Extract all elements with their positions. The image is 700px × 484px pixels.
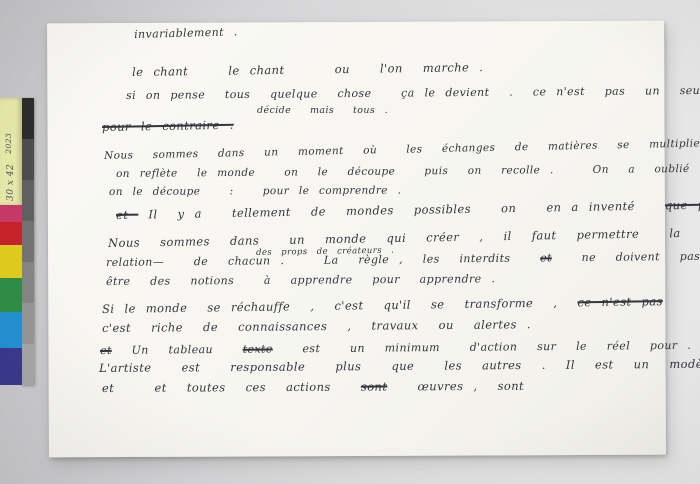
- manuscript-line: relation— de chacun . La règle , les int…: [106, 251, 700, 268]
- grayscale-wedge: [21, 98, 34, 385]
- handwritten-text: et et toutes ces actions: [102, 380, 361, 395]
- struck-out-text: et: [116, 208, 139, 222]
- manuscript-line: c'est riche de connaissances , travaux o…: [102, 319, 531, 334]
- handwritten-text: être des notions à apprendre pour appren…: [106, 272, 495, 288]
- manuscript-line: si on pense tous quelque chose ça le dev…: [126, 85, 700, 101]
- handwritten-text: L'artiste est responsable plus que les a…: [99, 357, 700, 375]
- handwritten-text: décide mais tous .: [257, 105, 388, 116]
- handwritten-text: Un tableau: [112, 343, 243, 357]
- color-patch-yellow: [0, 245, 22, 278]
- handwritten-text: Nous sommes dans un monde qui créer , il…: [108, 226, 681, 250]
- manuscript-line: Nous sommes dans un moment où les échang…: [104, 138, 700, 161]
- struck-out-text: texte: [243, 342, 273, 355]
- color-patch-magenta: [0, 205, 22, 222]
- color-patch-red: [0, 222, 22, 245]
- color-patch-violet: [0, 348, 22, 385]
- manuscript-line: et Un tableau texte est un minimum d'act…: [100, 340, 691, 356]
- photo-of-manuscript: invariablement .le chant le chant ou l'o…: [0, 0, 700, 484]
- manuscript-line: être des notions à apprendre pour appren…: [106, 273, 495, 287]
- handwritten-text: Il y a tellement de mondes possibles on …: [138, 198, 665, 221]
- manuscript-line: et et toutes ces actions sont œuvres , s…: [102, 381, 524, 395]
- note-year-label: 2023: [4, 133, 13, 154]
- color-patches: 30 x 422023: [0, 98, 22, 385]
- gray-step-2: [21, 180, 34, 221]
- handwritten-text: Si le monde se réchauffe , c'est qu'il s…: [102, 295, 578, 316]
- sticky-note-label: 30 x 422023: [4, 97, 16, 201]
- handwritten-text: invariablement .: [134, 25, 238, 41]
- manuscript-line: L'artiste est responsable plus que les a…: [99, 359, 700, 375]
- manuscript-line: on le découpe : pour le comprendre .: [109, 185, 401, 197]
- manuscript-line: Nous sommes dans un monde qui créer , il…: [108, 228, 681, 249]
- manuscript: invariablement .le chant le chant ou l'o…: [0, 0, 700, 484]
- struck-out-text: pour le contraire .: [102, 118, 234, 134]
- gray-step-5: [21, 303, 34, 344]
- struck-out-text: que peu: [665, 197, 700, 212]
- manuscript-line: et Il y a tellement de mondes possibles …: [116, 199, 700, 221]
- handwritten-text: est un minimum d'action sur le réel pour…: [273, 339, 692, 356]
- manuscript-line: invariablement .: [134, 26, 238, 40]
- gray-step-3: [21, 221, 34, 262]
- color-patch-blue: [0, 312, 22, 348]
- sticky-note: 30 x 422023: [0, 98, 22, 205]
- handwritten-text: c'est riche de connaissances , travaux o…: [102, 317, 531, 335]
- handwritten-text: on reflète le monde on le découpe puis o…: [116, 162, 700, 180]
- struck-out-text: sont: [361, 380, 388, 394]
- handwritten-text: si on pense tous quelque chose ça le dev…: [126, 84, 700, 102]
- manuscript-line: pour le contraire .: [102, 120, 234, 134]
- color-calibration-strip: 30 x 422023: [0, 98, 34, 385]
- gray-step-4: [21, 262, 34, 303]
- struck-out-text: et: [100, 344, 112, 357]
- manuscript-line: on reflète le monde on le découpe puis o…: [116, 163, 700, 179]
- gray-step-0: [21, 98, 34, 139]
- color-patch-green: [0, 278, 22, 312]
- handwritten-text: on le découpe : pour le comprendre .: [109, 184, 401, 198]
- struck-out-text: ce n'est pas: [577, 294, 663, 309]
- handwritten-text: relation— de chacun . La règle , les int…: [106, 251, 540, 269]
- struck-out-text: et: [540, 251, 552, 264]
- note-size-label: 30 x 42: [6, 164, 16, 201]
- handwritten-text: œuvres , sont: [387, 379, 524, 394]
- handwritten-text: le chant le chant ou l'on marche .: [132, 60, 483, 79]
- manuscript-line: décide mais tous .: [257, 106, 388, 116]
- gray-step-6: [21, 344, 34, 385]
- manuscript-line: le chant le chant ou l'on marche .: [132, 62, 483, 78]
- handwritten-text: Nous sommes dans un moment où les échang…: [104, 137, 700, 162]
- gray-step-1: [21, 139, 34, 180]
- manuscript-line: Si le monde se réchauffe , c'est qu'il s…: [102, 296, 663, 315]
- handwritten-text: ne doivent pas: [552, 250, 700, 265]
